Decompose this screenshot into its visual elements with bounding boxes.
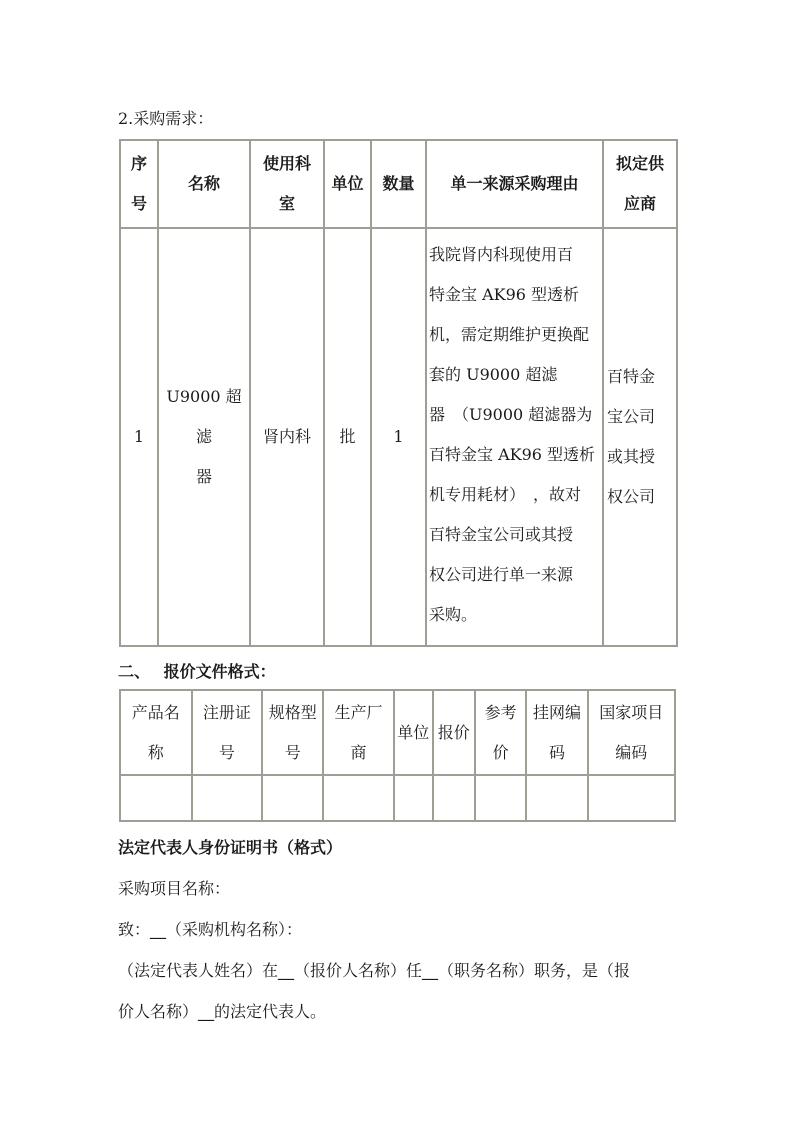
header-qty: 数量 xyxy=(371,140,426,228)
header-supplier: 拟定供应商 xyxy=(603,140,677,228)
cell-empty[interactable] xyxy=(394,775,433,821)
cell-unit: 批 xyxy=(324,228,371,646)
cell-empty[interactable] xyxy=(588,775,675,821)
header-quote: 报价 xyxy=(433,690,475,775)
project-name-label: 采购项目名称： xyxy=(118,876,230,899)
cell-supplier: 百特金 宝公司 或其授 权公司 xyxy=(603,228,677,646)
cell-name: U9000 超滤器 xyxy=(158,228,250,646)
cell-empty[interactable] xyxy=(192,775,263,821)
header-row: 序号 名称 使用科室 单位 数量 单一来源采购理由 拟定供应商 xyxy=(120,140,677,228)
table-row: 1 U9000 超滤器 肾内科 批 1 我院肾内科现使用百 特金宝 AK96 型… xyxy=(120,228,677,646)
header-reason: 单一来源采购理由 xyxy=(426,140,603,228)
header-name: 名称 xyxy=(158,140,250,228)
header-reference-price: 参考价 xyxy=(475,690,527,775)
header-index: 序号 xyxy=(120,140,158,228)
header-national-code: 国家项目编码 xyxy=(588,690,675,775)
header-unit: 单位 xyxy=(394,690,433,775)
quote-format-table: 产品名称 注册证号 规格型号 生产厂商 单位 报价 参考价 挂网编码 国家项目编… xyxy=(119,689,676,822)
to-line: 致：__（采购机构名称）： xyxy=(118,917,302,940)
section-title-procurement-needs: 2.采购需求： xyxy=(118,106,213,129)
header-manufacturer: 生产厂商 xyxy=(323,690,394,775)
cell-empty[interactable] xyxy=(323,775,394,821)
cert-title: 法定代表人身份证明书（格式） xyxy=(118,835,342,858)
header-row: 产品名称 注册证号 规格型号 生产厂商 单位 报价 参考价 挂网编码 国家项目编… xyxy=(120,690,675,775)
cell-dept: 肾内科 xyxy=(250,228,324,646)
header-product-name: 产品名称 xyxy=(120,690,192,775)
cell-empty[interactable] xyxy=(262,775,323,821)
header-registration-no: 注册证号 xyxy=(192,690,263,775)
header-dept: 使用科室 xyxy=(250,140,324,228)
header-spec-model: 规格型号 xyxy=(262,690,323,775)
cell-qty: 1 xyxy=(371,228,426,646)
cell-empty[interactable] xyxy=(433,775,475,821)
header-listing-code: 挂网编码 xyxy=(526,690,587,775)
cell-empty[interactable] xyxy=(526,775,587,821)
table-row xyxy=(120,775,675,821)
cell-empty[interactable] xyxy=(120,775,192,821)
cert-body-line-1: （法定代表人姓名）在__（报价人名称）任__（职务名称）职务，是（报 xyxy=(118,958,630,981)
procurement-requirements-table: 序号 名称 使用科室 单位 数量 单一来源采购理由 拟定供应商 1 U9000 … xyxy=(119,139,678,647)
quote-format-title: 二、 报价文件格式： xyxy=(118,659,276,682)
header-unit: 单位 xyxy=(324,140,371,228)
cell-index: 1 xyxy=(120,228,158,646)
cell-empty[interactable] xyxy=(475,775,527,821)
cell-reason: 我院肾内科现使用百 特金宝 AK96 型透析 机，需定期维护更换配 套的 U90… xyxy=(426,228,603,646)
cert-body-line-2: 价人名称）__的法定代表人。 xyxy=(118,999,326,1022)
